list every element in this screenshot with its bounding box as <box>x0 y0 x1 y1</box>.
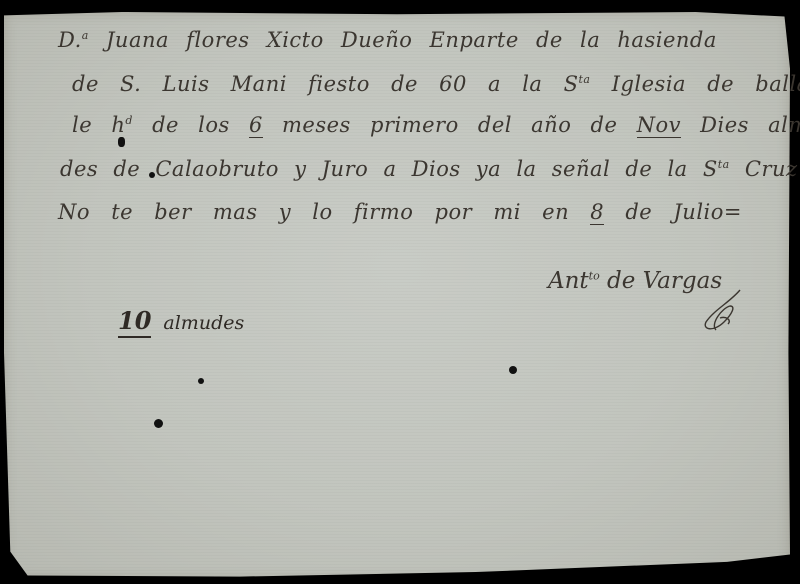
text-line-1: D.a Juana flores Xicto Dueño Enparte de … <box>58 28 717 52</box>
text-line-4: des de Calaobruto y Juro a Dios ya la se… <box>60 157 798 181</box>
rubric-flourish-icon <box>700 288 744 334</box>
ink-spot <box>509 366 517 374</box>
text-line-5: No te ber mas y lo firmo por mi en 8 de … <box>58 200 742 224</box>
text-line-2: de S. Luis Mani fiesto de 60 a la Sta Ig… <box>72 72 800 96</box>
ink-spot <box>118 137 125 147</box>
amount-number: 10 <box>118 306 151 338</box>
manuscript-page <box>4 12 790 580</box>
signature: Antto de Vargas <box>548 268 722 294</box>
ink-spot <box>198 378 204 384</box>
amount-note: 10almudes <box>118 306 244 335</box>
ink-spot <box>149 172 155 178</box>
text-line-3: le hd de los 6 meses primero del año de … <box>72 113 800 137</box>
amount-unit: almudes <box>163 312 244 334</box>
ink-spot <box>154 419 163 428</box>
